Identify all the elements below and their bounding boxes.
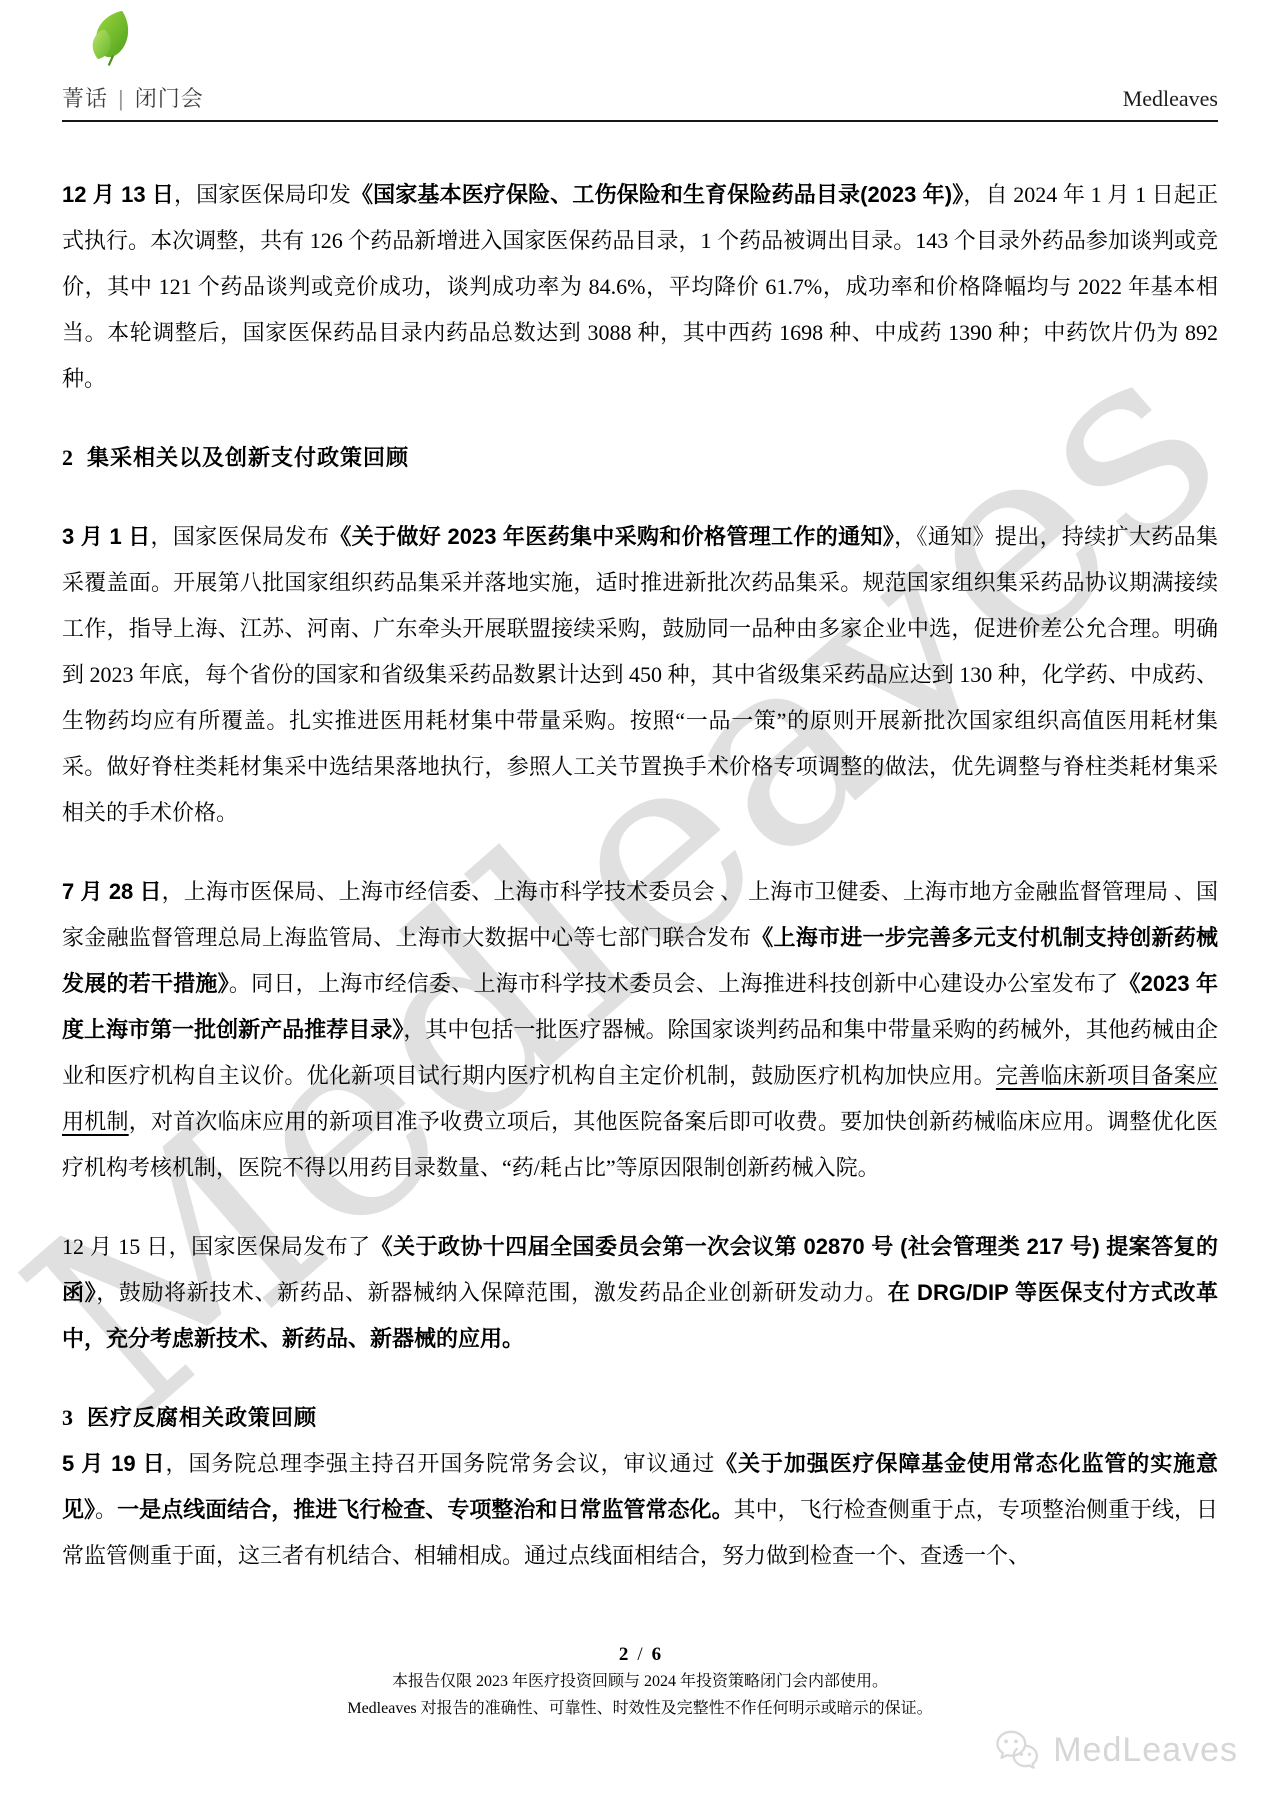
date-run: 3 月 1 日: [62, 524, 151, 549]
page-separator: /: [637, 1644, 642, 1665]
text-run: ，国家医保局发布: [151, 524, 330, 549]
page-total: 6: [652, 1644, 662, 1665]
text-run: 。: [95, 1497, 117, 1522]
text-run: ，国务院总理李强主持召开国务院常务会议，审议通过: [166, 1451, 716, 1476]
brand-english: Medleaves: [1123, 86, 1218, 112]
section-heading-3: 3医疗反腐相关政策回顾: [62, 1395, 1218, 1441]
brand-left: 菁话: [62, 86, 108, 111]
paragraph-1: 12 月 13 日，国家医保局印发《国家基本医疗保险、工伤保险和生育保险药品目录…: [62, 172, 1218, 402]
text-run: ，鼓励将新技术、新药品、新器械纳入保障范围，激发药品企业创新研发动力。: [96, 1280, 887, 1305]
text-run: ，自 2024 年 1 月 1 日起正式执行。本次调整，共有 126 个药品新增…: [62, 182, 1218, 391]
text-run: 12 月 15 日，国家医保局发布了: [62, 1234, 371, 1259]
document-body: 12 月 13 日，国家医保局印发《国家基本医疗保险、工伤保险和生育保险药品目录…: [62, 172, 1218, 1612]
page-header: 菁话|闭门会 Medleaves: [62, 82, 1218, 112]
brand-right: 闭门会: [135, 86, 204, 111]
wechat-badge: MedLeaves: [993, 1728, 1238, 1772]
text-run: ，《通知》提出，持续扩大药品集采覆盖面。开展第八批国家组织药品集采并落地实施，适…: [62, 524, 1218, 825]
paragraph-5: 5 月 19 日，国务院总理李强主持召开国务院常务会议，审议通过《关于加强医疗保…: [62, 1441, 1218, 1579]
section-title: 集采相关以及创新支付政策回顾: [87, 445, 409, 470]
text-run: ，对首次临床应用的新项目准予收费立项后，其他医院备案后即可收费。要加快创新药械临…: [62, 1109, 1218, 1180]
leaf-logo-icon: [84, 8, 136, 86]
section-title: 医疗反腐相关政策回顾: [87, 1405, 317, 1430]
document-page: Medleaves 菁话|闭门会 Medleaves 12 月 13 日，: [0, 0, 1280, 1810]
section-number: 3: [62, 1405, 73, 1430]
doc-title-run: 《国家基本医疗保险、工伤保险和生育保险药品目录(2023 年)》: [351, 182, 963, 207]
disclaimer-line-1: 本报告仅限 2023 年医疗投资回顾与 2024 年投资策略闭门会内部使用。: [0, 1668, 1280, 1695]
wechat-label: MedLeaves: [1053, 1731, 1238, 1770]
text-run: ，国家医保局印发: [174, 182, 351, 207]
date-run: 12 月 13 日: [62, 182, 174, 207]
header-divider: [62, 120, 1218, 122]
paragraph-3: 7 月 28 日，上海市医保局、上海市经信委、上海市科学技术委员会 、 上海市卫…: [62, 869, 1218, 1191]
disclaimer-line-2: Medleaves 对报告的准确性、可靠性、时效性及完整性不作任何明示或暗示的保…: [0, 1695, 1280, 1722]
date-run: 5 月 19 日: [62, 1451, 166, 1476]
paragraph-2: 3 月 1 日，国家医保局发布《关于做好 2023 年医药集中采购和价格管理工作…: [62, 514, 1218, 836]
page-footer: 2/6 本报告仅限 2023 年医疗投资回顾与 2024 年投资策略闭门会内部使…: [0, 1642, 1280, 1722]
date-run: 7 月 28 日: [62, 879, 162, 904]
doc-title-run: 《关于做好 2023 年医药集中采购和价格管理工作的通知》: [329, 524, 894, 549]
page-current: 2: [619, 1644, 629, 1665]
page-number: 2/6: [0, 1642, 1280, 1668]
wechat-icon: [993, 1728, 1043, 1772]
section-heading-2: 2集采相关以及创新支付政策回顾: [62, 435, 1218, 481]
paragraph-4: 12 月 15 日，国家医保局发布了《关于政协十四届全国委员会第一次会议第 02…: [62, 1224, 1218, 1362]
section-number: 2: [62, 445, 73, 470]
brand-separator: |: [118, 86, 125, 111]
text-run: 。同日，上海市经信委、上海市科学技术委员会、上海推进科技创新中心建设办公室发布了: [229, 971, 1119, 996]
brand-title: 菁话|闭门会: [62, 82, 204, 113]
emphasis-run: 一是点线面结合，推进飞行检查、专项整治和日常监管常态化。: [117, 1497, 734, 1522]
